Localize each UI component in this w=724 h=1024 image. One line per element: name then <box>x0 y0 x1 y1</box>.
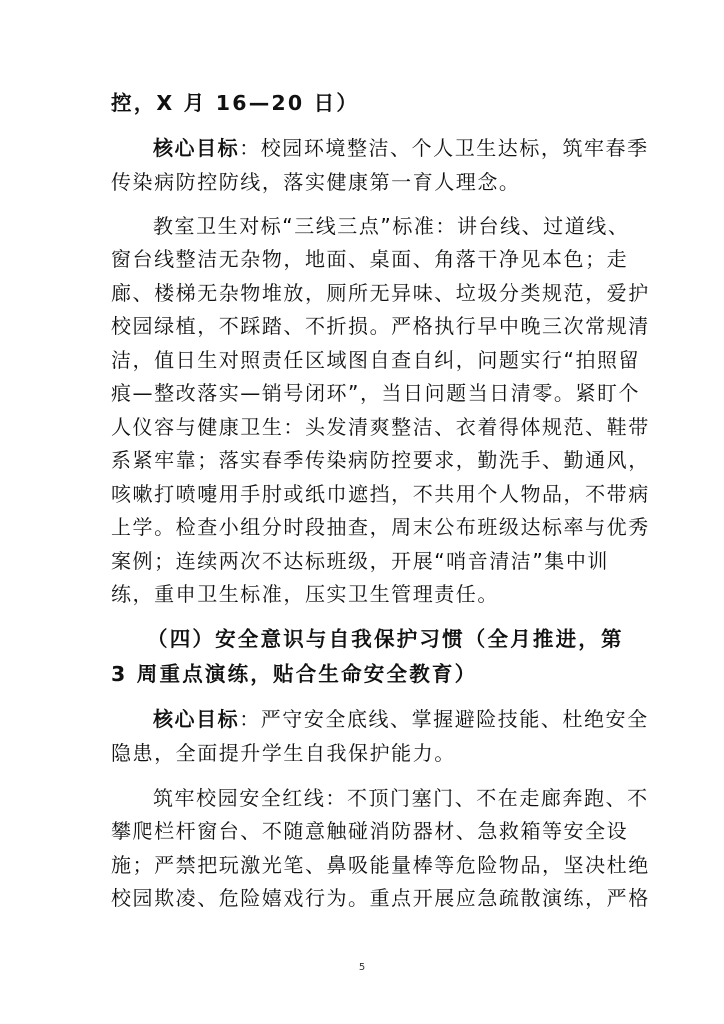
page-number: 5 <box>0 962 724 973</box>
section-heading-cont: 3 周重点演练，贴合生命安全教育） <box>111 662 477 686</box>
section-heading-continuation: 控，X 月 16—20 日） <box>111 91 359 115</box>
document-page: 控，X 月 16—20 日） 核心目标：校园环境整洁、个人卫生达标，筑牢春季 传… <box>0 0 724 1024</box>
body-paragraph-line: 洁，值日生对照责任区域图自查自纠，问题实行“拍照留 <box>111 348 640 372</box>
body-paragraph-line: 上学。检查小组分时段抽查，周末公布班级达标率与优秀 <box>111 515 650 539</box>
body-paragraph-line: 系紧牢靠；落实春季传染病防控要求，勤洗手、勤通风， <box>111 448 650 472</box>
body-paragraph-line: 咳嗽打喷嚏用手肘或纸巾遮挡，不共用个人物品，不带病 <box>111 482 650 506</box>
body-paragraph-line: 练，重申卫生标准，压实卫生管理责任。 <box>111 582 499 606</box>
core-goal-line: 核心目标：严守安全底线、掌握避险技能、杜绝安全 <box>153 707 649 731</box>
body-paragraph-line: 案例；连续两次不达标班级，开展“哨音清洁”集中训 <box>111 549 609 573</box>
body-paragraph-line: 痕—整改落实—销号闭环”，当日问题当日清零。紧盯个 <box>111 381 640 405</box>
core-goal-text-cont: 隐患，全面提升学生自我保护能力。 <box>111 741 456 765</box>
body-paragraph-line: 廊、楼梯无杂物堆放，厕所无异味、垃圾分类规范，爱护 <box>111 281 650 305</box>
body-paragraph-line: 人仪容与健康卫生：头发清爽整洁、衣着得体规范、鞋带 <box>111 415 650 439</box>
body-paragraph-line: 窗台线整洁无杂物，地面、桌面、角落干净见本色；走 <box>111 247 628 271</box>
body-paragraph-line: 攀爬栏杆窗台、不随意触碰消防器材、急救箱等安全设 <box>111 819 628 843</box>
body-paragraph-line: 教室卫生对标“三线三点”标准：讲台线、过道线、 <box>153 214 629 238</box>
core-goal-text: ：校园环境整洁、个人卫生达标，筑牢春季 <box>239 136 648 160</box>
core-goal-label: 核心目标 <box>153 136 239 160</box>
body-paragraph-line: 校园绿植，不踩踏、不折损。严格执行早中晚三次常规清 <box>111 314 650 338</box>
body-paragraph-line: 校园欺凌、危险嬉戏行为。重点开展应急疏散演练，严格 <box>111 886 650 910</box>
body-paragraph-line: 施；严禁把玩激光笔、鼻吸能量棒等危险物品，坚决杜绝 <box>111 853 650 877</box>
core-goal-line: 核心目标：校园环境整洁、个人卫生达标，筑牢春季 <box>153 136 649 160</box>
core-goal-text: ：严守安全底线、掌握避险技能、杜绝安全 <box>239 707 648 731</box>
core-goal-text-cont: 传染病防控防线，落实健康第一育人理念。 <box>111 170 520 194</box>
core-goal-label: 核心目标 <box>153 707 239 731</box>
body-paragraph-line: 筑牢校园安全红线：不顶门塞门、不在走廊奔跑、不 <box>153 786 649 810</box>
section-heading: （四）安全意识与自我保护习惯（全月推进，第 <box>147 627 624 651</box>
